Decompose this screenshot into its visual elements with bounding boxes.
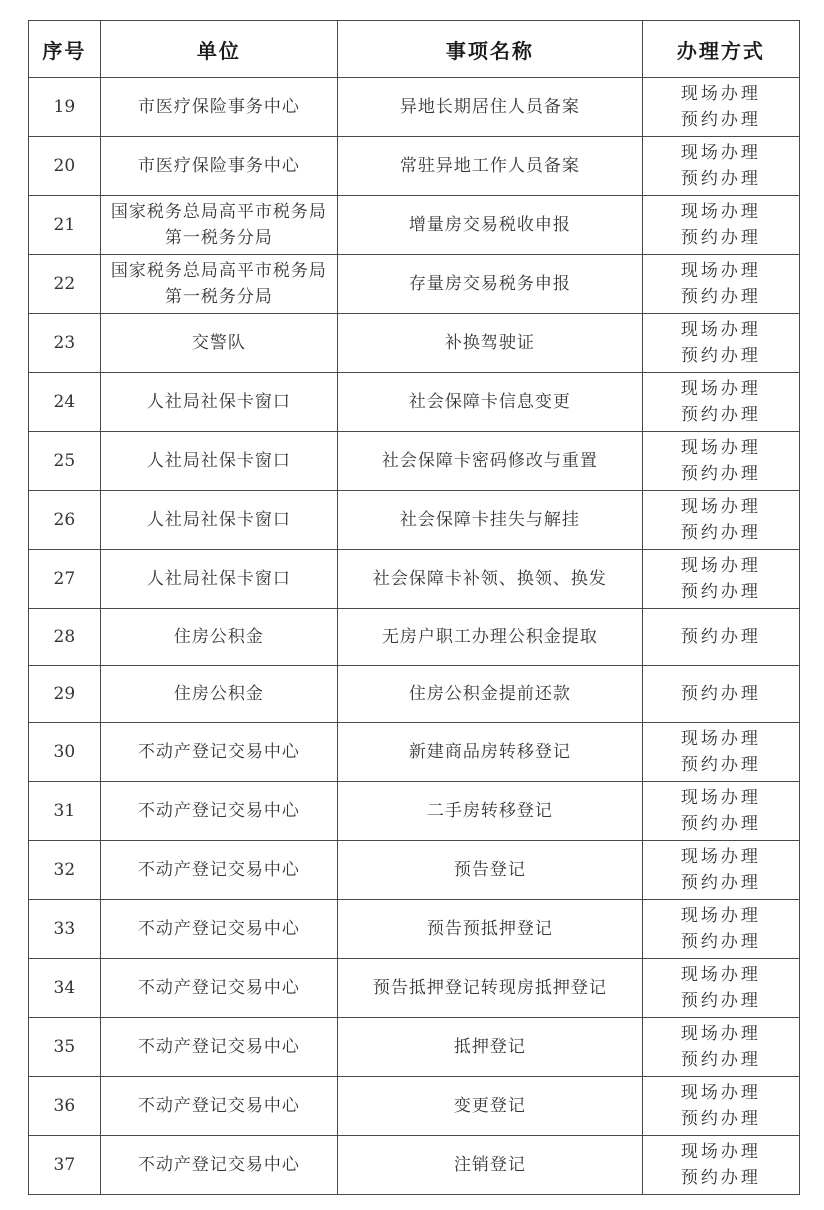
item-name-cell: 预告登记 (338, 841, 643, 900)
method-line: 现场办理 (649, 81, 793, 107)
method-line: 预约办理 (649, 1047, 793, 1073)
table-row: 34 不动产登记交易中心 预告抵押登记转现房抵押登记 现场办理预约办理 (29, 959, 800, 1018)
method-line: 现场办理 (649, 726, 793, 752)
row-number-cell: 22 (29, 255, 101, 314)
methods-cell: 现场办理预约办理 (642, 196, 799, 255)
table-row: 26 人社局社保卡窗口 社会保障卡挂失与解挂 现场办理预约办理 (29, 491, 800, 550)
methods-cell: 现场办理预约办理 (642, 255, 799, 314)
method-line: 现场办理 (649, 140, 793, 166)
methods-cell: 现场办理预约办理 (642, 1136, 799, 1195)
method-line: 预约办理 (649, 402, 793, 428)
row-number-cell: 29 (29, 666, 101, 723)
row-number-cell: 21 (29, 196, 101, 255)
row-number-cell: 26 (29, 491, 101, 550)
item-name-cell: 新建商品房转移登记 (338, 723, 643, 782)
method-line: 现场办理 (649, 1021, 793, 1047)
unit-cell: 不动产登记交易中心 (100, 1018, 337, 1077)
table-row: 31 不动产登记交易中心 二手房转移登记 现场办理预约办理 (29, 782, 800, 841)
methods-cell: 现场办理预约办理 (642, 900, 799, 959)
methods-cell: 现场办理预约办理 (642, 723, 799, 782)
item-name-cell: 增量房交易税收申报 (338, 196, 643, 255)
table-row: 21 国家税务总局高平市税务局第一税务分局 增量房交易税收申报 现场办理预约办理 (29, 196, 800, 255)
methods-cell: 现场办理预约办理 (642, 491, 799, 550)
column-header-unit: 单位 (100, 21, 337, 78)
table-row: 37 不动产登记交易中心 注销登记 现场办理预约办理 (29, 1136, 800, 1195)
unit-cell: 人社局社保卡窗口 (100, 550, 337, 609)
method-line: 现场办理 (649, 258, 793, 284)
table-row: 30 不动产登记交易中心 新建商品房转移登记 现场办理预约办理 (29, 723, 800, 782)
method-line: 预约办理 (649, 988, 793, 1014)
item-name-cell: 补换驾驶证 (338, 314, 643, 373)
method-line: 预约办理 (649, 870, 793, 896)
unit-cell: 不动产登记交易中心 (100, 1136, 337, 1195)
table-row: 36 不动产登记交易中心 变更登记 现场办理预约办理 (29, 1077, 800, 1136)
unit-cell: 不动产登记交易中心 (100, 1077, 337, 1136)
methods-cell: 现场办理预约办理 (642, 1077, 799, 1136)
row-number-cell: 25 (29, 432, 101, 491)
unit-cell: 不动产登记交易中心 (100, 782, 337, 841)
methods-cell: 现场办理预约办理 (642, 137, 799, 196)
unit-cell: 人社局社保卡窗口 (100, 373, 337, 432)
methods-cell: 现场办理预约办理 (642, 1018, 799, 1077)
method-line: 预约办理 (649, 107, 793, 133)
table-row: 33 不动产登记交易中心 预告预抵押登记 现场办理预约办理 (29, 900, 800, 959)
row-number-cell: 35 (29, 1018, 101, 1077)
unit-cell: 国家税务总局高平市税务局第一税务分局 (100, 196, 337, 255)
table-row: 23 交警队 补换驾驶证 现场办理预约办理 (29, 314, 800, 373)
column-header-number: 序号 (29, 21, 101, 78)
table-header-row: 序号 单位 事项名称 办理方式 (29, 21, 800, 78)
method-line: 预约办理 (649, 1106, 793, 1132)
unit-cell: 不动产登记交易中心 (100, 723, 337, 782)
unit-cell: 住房公积金 (100, 609, 337, 666)
unit-cell: 不动产登记交易中心 (100, 900, 337, 959)
method-line: 现场办理 (649, 553, 793, 579)
unit-cell: 不动产登记交易中心 (100, 841, 337, 900)
table-row: 35 不动产登记交易中心 抵押登记 现场办理预约办理 (29, 1018, 800, 1077)
method-line: 预约办理 (649, 929, 793, 955)
method-line: 预约办理 (649, 343, 793, 369)
methods-cell: 现场办理预约办理 (642, 959, 799, 1018)
unit-cell: 市医疗保险事务中心 (100, 137, 337, 196)
unit-cell: 人社局社保卡窗口 (100, 432, 337, 491)
item-name-cell: 预告预抵押登记 (338, 900, 643, 959)
method-line: 现场办理 (649, 844, 793, 870)
row-number-cell: 23 (29, 314, 101, 373)
unit-cell: 交警队 (100, 314, 337, 373)
method-line: 预约办理 (649, 579, 793, 605)
methods-cell: 现场办理预约办理 (642, 314, 799, 373)
item-name-cell: 二手房转移登记 (338, 782, 643, 841)
methods-cell: 现场办理预约办理 (642, 782, 799, 841)
item-name-cell: 抵押登记 (338, 1018, 643, 1077)
unit-cell: 人社局社保卡窗口 (100, 491, 337, 550)
row-number-cell: 20 (29, 137, 101, 196)
item-name-cell: 存量房交易税务申报 (338, 255, 643, 314)
item-name-cell: 注销登记 (338, 1136, 643, 1195)
row-number-cell: 36 (29, 1077, 101, 1136)
methods-cell: 现场办理预约办理 (642, 373, 799, 432)
method-line: 现场办理 (649, 1080, 793, 1106)
table-row: 32 不动产登记交易中心 预告登记 现场办理预约办理 (29, 841, 800, 900)
table-row: 20 市医疗保险事务中心 常驻异地工作人员备案 现场办理预约办理 (29, 137, 800, 196)
row-number-cell: 37 (29, 1136, 101, 1195)
column-header-item: 事项名称 (338, 21, 643, 78)
table-row: 19 市医疗保险事务中心 异地长期居住人员备案 现场办理预约办理 (29, 78, 800, 137)
method-line: 现场办理 (649, 317, 793, 343)
item-name-cell: 社会保障卡密码修改与重置 (338, 432, 643, 491)
methods-cell: 现场办理预约办理 (642, 841, 799, 900)
method-line: 预约办理 (649, 752, 793, 778)
methods-cell: 现场办理预约办理 (642, 550, 799, 609)
item-name-cell: 社会保障卡挂失与解挂 (338, 491, 643, 550)
methods-cell: 现场办理预约办理 (642, 78, 799, 137)
table-row: 25 人社局社保卡窗口 社会保障卡密码修改与重置 现场办理预约办理 (29, 432, 800, 491)
table-row: 28 住房公积金 无房户职工办理公积金提取 预约办理 (29, 609, 800, 666)
method-line: 现场办理 (649, 903, 793, 929)
table-row: 22 国家税务总局高平市税务局第一税务分局 存量房交易税务申报 现场办理预约办理 (29, 255, 800, 314)
methods-cell: 预约办理 (642, 609, 799, 666)
method-line: 预约办理 (649, 624, 793, 650)
method-line: 预约办理 (649, 681, 793, 707)
item-name-cell: 常驻异地工作人员备案 (338, 137, 643, 196)
methods-cell: 现场办理预约办理 (642, 432, 799, 491)
methods-cell: 预约办理 (642, 666, 799, 723)
method-line: 现场办理 (649, 785, 793, 811)
method-line: 预约办理 (649, 166, 793, 192)
row-number-cell: 19 (29, 78, 101, 137)
item-name-cell: 变更登记 (338, 1077, 643, 1136)
table-row: 29 住房公积金 住房公积金提前还款 预约办理 (29, 666, 800, 723)
document-page: 序号 单位 事项名称 办理方式 19 市医疗保险事务中心 异地长期居住人员备案 … (0, 0, 824, 1210)
item-name-cell: 异地长期居住人员备案 (338, 78, 643, 137)
row-number-cell: 27 (29, 550, 101, 609)
table-row: 24 人社局社保卡窗口 社会保障卡信息变更 现场办理预约办理 (29, 373, 800, 432)
item-name-cell: 预告抵押登记转现房抵押登记 (338, 959, 643, 1018)
method-line: 现场办理 (649, 199, 793, 225)
item-name-cell: 社会保障卡补领、换领、换发 (338, 550, 643, 609)
method-line: 预约办理 (649, 284, 793, 310)
column-header-method: 办理方式 (642, 21, 799, 78)
table-row: 27 人社局社保卡窗口 社会保障卡补领、换领、换发 现场办理预约办理 (29, 550, 800, 609)
unit-cell: 市医疗保险事务中心 (100, 78, 337, 137)
method-line: 预约办理 (649, 225, 793, 251)
method-line: 现场办理 (649, 962, 793, 988)
row-number-cell: 34 (29, 959, 101, 1018)
method-line: 预约办理 (649, 461, 793, 487)
row-number-cell: 30 (29, 723, 101, 782)
method-line: 预约办理 (649, 1165, 793, 1191)
method-line: 现场办理 (649, 494, 793, 520)
method-line: 预约办理 (649, 811, 793, 837)
unit-cell: 住房公积金 (100, 666, 337, 723)
item-name-cell: 无房户职工办理公积金提取 (338, 609, 643, 666)
item-name-cell: 社会保障卡信息变更 (338, 373, 643, 432)
method-line: 预约办理 (649, 520, 793, 546)
table-header: 序号 单位 事项名称 办理方式 (29, 21, 800, 78)
row-number-cell: 28 (29, 609, 101, 666)
unit-cell: 不动产登记交易中心 (100, 959, 337, 1018)
service-items-table: 序号 单位 事项名称 办理方式 19 市医疗保险事务中心 异地长期居住人员备案 … (28, 20, 800, 1195)
row-number-cell: 24 (29, 373, 101, 432)
unit-cell: 国家税务总局高平市税务局第一税务分局 (100, 255, 337, 314)
row-number-cell: 33 (29, 900, 101, 959)
method-line: 现场办理 (649, 435, 793, 461)
table-body: 19 市医疗保险事务中心 异地长期居住人员备案 现场办理预约办理 20 市医疗保… (29, 78, 800, 1195)
item-name-cell: 住房公积金提前还款 (338, 666, 643, 723)
row-number-cell: 32 (29, 841, 101, 900)
method-line: 现场办理 (649, 376, 793, 402)
row-number-cell: 31 (29, 782, 101, 841)
method-line: 现场办理 (649, 1139, 793, 1165)
